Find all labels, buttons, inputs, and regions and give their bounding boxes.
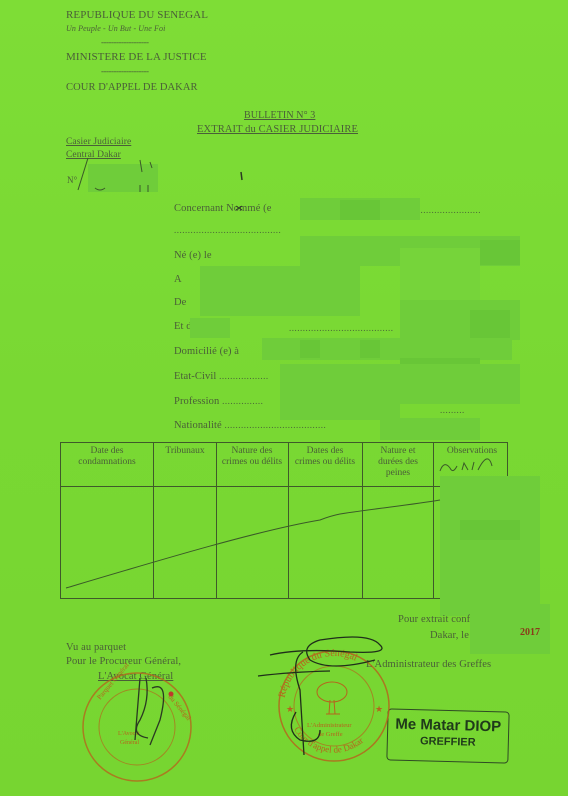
table-strike-line: [66, 500, 440, 588]
document-page: REPUBLIQUE DU SENEGAL Un Peuple - Un But…: [0, 0, 568, 796]
svg-text:★: ★: [286, 704, 294, 714]
handwritten-neant: [440, 459, 492, 471]
registry-seal: République du Sénégal Cour d'appel de Da…: [277, 648, 389, 761]
svg-text:Général: Général: [120, 740, 139, 746]
svg-text:de Greffe: de Greffe: [318, 731, 343, 738]
svg-text:★: ★: [375, 704, 383, 714]
svg-text:Parquet Général: Parquet Général: [95, 661, 130, 701]
ink-overlay: Parquet Général du Sénégal L'Avocat Géné…: [0, 0, 568, 796]
advocate-signature: [135, 678, 164, 745]
handwritten-registry-number: [78, 158, 152, 192]
prosecutor-seal: Parquet Général du Sénégal L'Avocat Géné…: [83, 661, 192, 781]
pen-mark: [241, 172, 242, 180]
checkmark-icon: [236, 206, 242, 210]
svg-text:du Sénégal: du Sénégal: [166, 693, 192, 722]
svg-text:L'Administrateur: L'Administrateur: [307, 722, 352, 729]
